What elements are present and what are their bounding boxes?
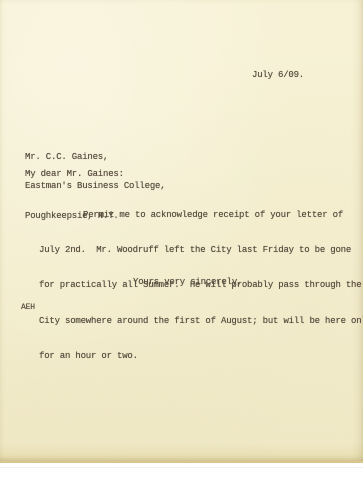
recipient-name: Mr. C.C. Gaines,: [25, 153, 165, 162]
body-line: City somewhere around the first of Augus…: [39, 314, 363, 329]
letter-date: July 6/09.: [252, 70, 304, 80]
scan-edge-shadow: [0, 467, 363, 468]
body-line: July 2nd. Mr. Woodruff left the City las…: [39, 243, 363, 258]
typist-initials: AEH: [21, 303, 35, 312]
body-line: Permit me to acknowledge receipt of your…: [39, 208, 363, 223]
salutation: My dear Mr. Gaines:: [25, 169, 124, 179]
scanned-letter-page: July 6/09. Mr. C.C. Gaines, Eastman's Bu…: [0, 0, 363, 500]
letter-paper: July 6/09. Mr. C.C. Gaines, Eastman's Bu…: [0, 0, 363, 463]
body-line: for an hour or two.: [39, 349, 363, 364]
complimentary-closing: Yours very sincerely,: [133, 277, 242, 287]
